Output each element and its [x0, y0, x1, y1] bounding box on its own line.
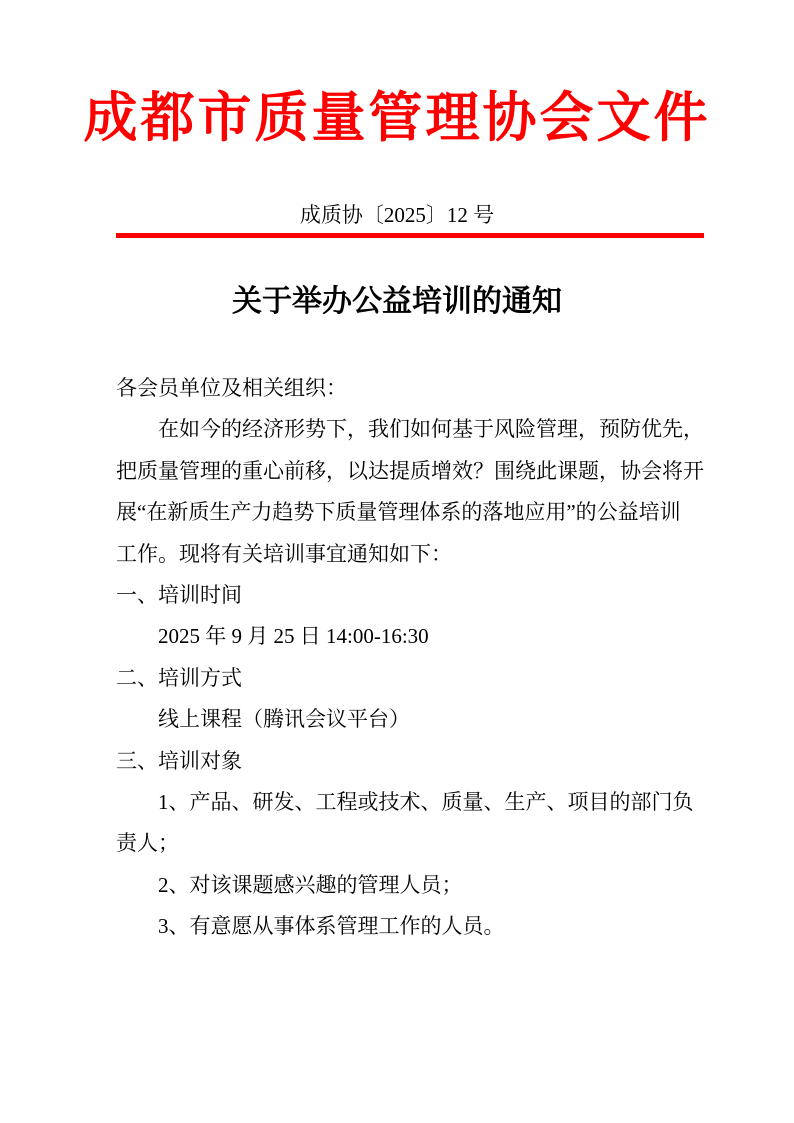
- body-line: 在如今的经济形势下，我们如何基于风险管理，预防优先，: [116, 409, 682, 450]
- body-line: 各会员单位及相关组织：: [116, 368, 682, 409]
- org-letterhead-title: 成都市质量管理协会文件: [0, 90, 794, 147]
- notice-title: 关于举办公益培训的通知: [0, 283, 794, 321]
- body-line: 1、产品、研发、工程或技术、质量、生产、项目的部门负: [116, 782, 682, 823]
- document-number: 成质协〔2025〕12 号: [0, 202, 794, 229]
- document-page: 成都市质量管理协会文件 成质协〔2025〕12 号 关于举办公益培训的通知 各会…: [0, 0, 794, 1123]
- body-line: 工作。现将有关培训事宜通知如下：: [116, 534, 682, 575]
- body-line-section-2: 二、培训方式: [116, 658, 682, 699]
- body-line: 3、有意愿从事体系管理工作的人员。: [116, 906, 682, 947]
- red-separator-line: [116, 233, 704, 238]
- body-line: 线上课程（腾讯会议平台）: [116, 699, 682, 740]
- body-line-section-1: 一、培训时间: [116, 575, 682, 616]
- body-line: 把质量管理的重心前移，以达提质增效？围绕此课题，协会将开: [116, 451, 682, 492]
- body-line: 2、对该课题感兴趣的管理人员；: [116, 865, 682, 906]
- notice-body: 各会员单位及相关组织： 在如今的经济形势下，我们如何基于风险管理，预防优先， 把…: [116, 368, 682, 947]
- body-line: 展“在新质生产力趋势下质量管理体系的落地应用”的公益培训: [116, 492, 682, 533]
- body-line: 责人；: [116, 823, 682, 864]
- body-line-section-3: 三、培训对象: [116, 741, 682, 782]
- body-line: 2025 年 9 月 25 日 14:00-16:30: [116, 616, 682, 657]
